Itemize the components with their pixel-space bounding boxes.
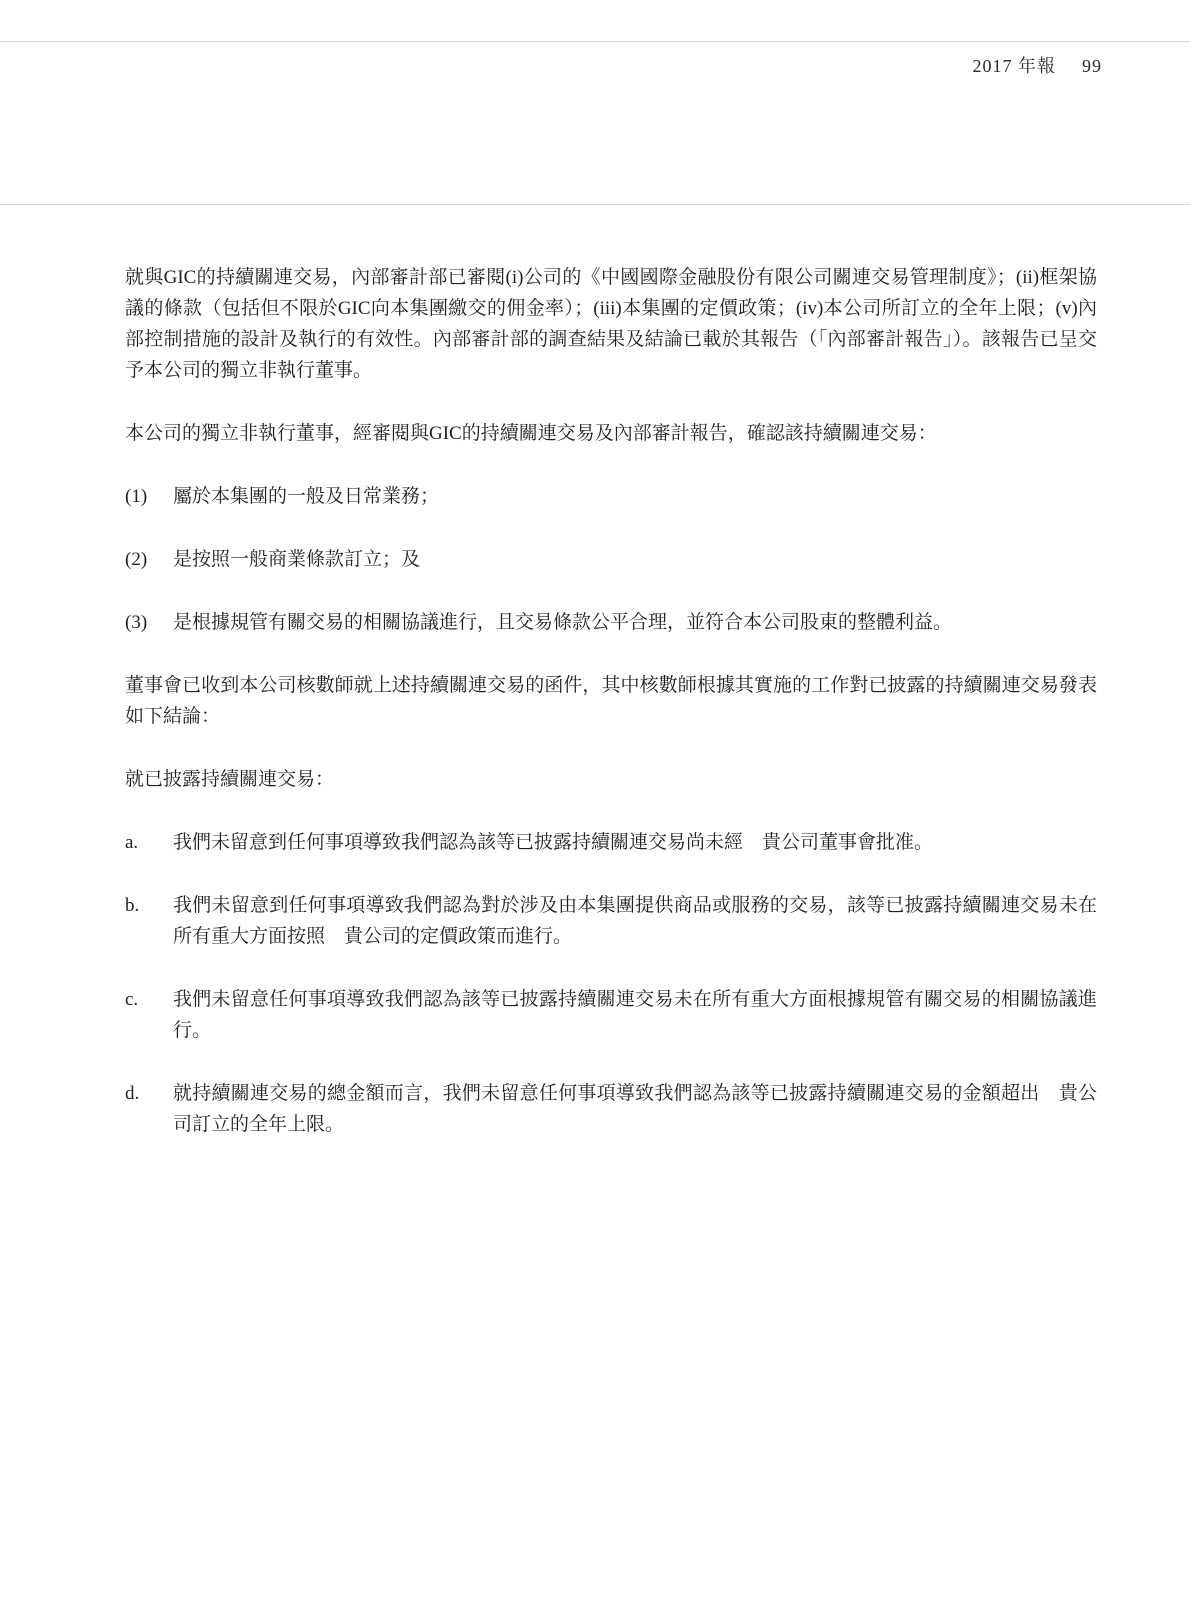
numbered-item-1: (1) 屬於本集團的一般及日常業務； [125,481,1097,512]
lettered-item-c: c. 我們未留意任何事項導致我們認為該等已披露持續關連交易未在所有重大方面根據規… [125,984,1097,1046]
numbered-item-3-marker: (3) [125,607,173,638]
numbered-item-1-marker: (1) [125,481,173,512]
paragraph-disclosed-transactions-lead: 就已披露持續關連交易： [125,764,1097,795]
lettered-item-d-marker: d. [125,1078,173,1140]
top-divider [0,41,1190,42]
paragraph-internal-audit-review: 就與GIC的持續關連交易，內部審計部已審閱(i)公司的《中國國際金融股份有限公司… [125,262,1097,386]
lettered-item-c-text: 我們未留意任何事項導致我們認為該等已披露持續關連交易未在所有重大方面根據規管有關… [173,984,1097,1046]
lettered-item-b: b. 我們未留意到任何事項導致我們認為對於涉及由本集團提供商品或服務的交易，該等… [125,890,1097,952]
document-page: 2017 年報 99 就與GIC的持續關連交易，內部審計部已審閱(i)公司的《中… [0,0,1190,1615]
lettered-item-a: a. 我們未留意到任何事項導致我們認為該等已披露持續關連交易尚未經 貴公司董事會… [125,827,1097,858]
numbered-item-1-text: 屬於本集團的一般及日常業務； [173,481,1097,512]
paragraph-auditor-letter: 董事會已收到本公司核數師就上述持續關連交易的函件，其中核數師根據其實施的工作對已… [125,670,1097,732]
lettered-item-d: d. 就持續關連交易的總金額而言，我們未留意任何事項導致我們認為該等已披露持續關… [125,1078,1097,1140]
paragraph-ined-confirmation: 本公司的獨立非執行董事，經審閱與GIC的持續關連交易及內部審計報告，確認該持續關… [125,418,1097,449]
lettered-item-d-text: 就持續關連交易的總金額而言，我們未留意任何事項導致我們認為該等已披露持續關連交易… [173,1078,1097,1140]
numbered-item-2: (2) 是按照一般商業條款訂立；及 [125,544,1097,575]
numbered-item-2-text: 是按照一般商業條款訂立；及 [173,544,1097,575]
lettered-item-c-marker: c. [125,984,173,1046]
header-divider [0,204,1190,205]
document-body: 就與GIC的持續關連交易，內部審計部已審閱(i)公司的《中國國際金融股份有限公司… [125,262,1097,1172]
page-header: 2017 年報 99 [973,52,1103,78]
numbered-item-2-marker: (2) [125,544,173,575]
lettered-item-b-text: 我們未留意到任何事項導致我們認為對於涉及由本集團提供商品或服務的交易，該等已披露… [173,890,1097,952]
report-title: 2017 年報 [973,52,1057,78]
numbered-item-3: (3) 是根據規管有關交易的相關協議進行，且交易條款公平合理，並符合本公司股東的… [125,607,1097,638]
page-number: 99 [1082,56,1102,77]
lettered-item-a-marker: a. [125,827,173,858]
lettered-item-a-text: 我們未留意到任何事項導致我們認為該等已披露持續關連交易尚未經 貴公司董事會批准。 [173,827,1097,858]
lettered-item-b-marker: b. [125,890,173,952]
numbered-item-3-text: 是根據規管有關交易的相關協議進行，且交易條款公平合理，並符合本公司股東的整體利益… [173,607,1097,638]
